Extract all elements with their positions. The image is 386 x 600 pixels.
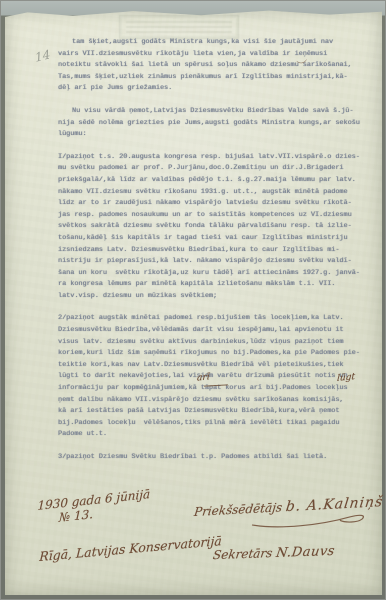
typed-line: lūgumu: <box>58 129 358 141</box>
document-scan: 14 tam šķiet,augsti godāts Ministra kung… <box>0 0 386 600</box>
typed-line: nākamo VII.dziesmu svētku rīkošanu 1931.… <box>58 187 358 199</box>
typed-line: Tas,mums šķiet,uzliek zināmus pienākumus… <box>58 72 358 84</box>
typed-line: ņemt dalību nākamo VII.vispārējo dziesmu… <box>58 395 358 407</box>
typed-line: priekšgalā/,kā līdz ar valdības pēdējo t… <box>58 175 358 187</box>
secretary-signature: N.Dauvs <box>275 544 336 561</box>
typed-line: I/paziņot t.s. 20.augusta kongresa resp.… <box>58 152 358 164</box>
typed-line: svētkos sakrātā dziesmu svētku fonda tāl… <box>58 221 358 233</box>
typed-text: tam šķiet,augsti godāts Ministra kungs,k… <box>58 37 358 475</box>
typed-line: nija sēdē nolēma griezties pie Jums,augs… <box>58 118 358 130</box>
paragraph: tam šķiet,augsti godāts Ministra kungs,k… <box>58 37 358 95</box>
typed-line: teiktie kori,kas nav Latv.Dziesmusvētku … <box>58 360 358 372</box>
typed-line: bij.Padomes locekļu vēlēšanos,tiks pilnā… <box>58 418 358 430</box>
typed-line: vairs VII.dziesmusvētku rīkotāju lieta v… <box>58 49 358 61</box>
typed-line: visus latv. dziesmu svētku aktīvus darbi… <box>58 337 358 349</box>
typed-line: ra kongresa lēmums par minētā kapitāla i… <box>58 279 358 291</box>
typed-line: Nu visu vārdā ņemot,Latvijas Dziesmusvēt… <box>58 106 358 118</box>
faded-stamp-text <box>126 21 232 33</box>
typed-line: 3/paziņot Dziesmu Svētku Biedrībai t.p. … <box>58 452 358 464</box>
typed-line: mu svētku padomei ar prof. P.Jurjānu,doc… <box>58 163 358 175</box>
typed-line: kā arī iestāties pašā Latvijas Dziesmusv… <box>58 406 358 418</box>
typed-line: Dziesmusvētku Biedrība,vēlēdamās darīt v… <box>58 325 358 337</box>
paragraph: Nu visu vārdā ņemot,Latvijas Dziesmusvēt… <box>58 106 358 141</box>
typed-line: 2/paziņot augstāk minētai padomei resp.b… <box>58 313 358 325</box>
typed-line: tam šķiet,augsti godāts Ministra kungs,k… <box>58 37 358 49</box>
typed-line: nistriju ir pieprasījusi,kā latv. nākamo… <box>58 256 358 268</box>
typed-line: Padome ut.t. <box>58 429 358 441</box>
typed-line: koriem,kuri līdz šim saņēmuši rīkojumus … <box>58 348 358 360</box>
typed-line: dēļ arī pie Jums griežamies. <box>58 83 358 95</box>
handwritten-annotation: arī <box>197 372 210 383</box>
typed-line: jas resp. padomes nosaukumu un ar to sai… <box>58 210 358 222</box>
paragraph: I/paziņot t.s. 20.augusta kongresa resp.… <box>58 152 358 303</box>
secretary-label: Sekretārs <box>212 546 273 562</box>
typed-line: līdz ar to ir zaudējusi nākamo vispārējo… <box>58 198 358 210</box>
typed-line: noteiktu stāvokli šai lietā un spērusi s… <box>58 60 358 72</box>
handwritten-annotation: lūgt <box>337 372 356 384</box>
typed-line: šana un koru svētku rīkotāja,uz kuru tād… <box>58 268 358 280</box>
paragraph: 3/paziņot Dziesmu Svētku Biedrībai t.p. … <box>58 452 358 464</box>
typed-line: tošanu,kādēļ šis kapitāls ir tagad tieši… <box>58 233 358 245</box>
typed-line: izsniedzams Latv. Dziesmusvētku Biedrība… <box>58 245 358 257</box>
faded-stamp <box>119 15 239 39</box>
typed-line: latv.visp. dziesmu un mūzikas svētkiem; <box>58 291 358 303</box>
